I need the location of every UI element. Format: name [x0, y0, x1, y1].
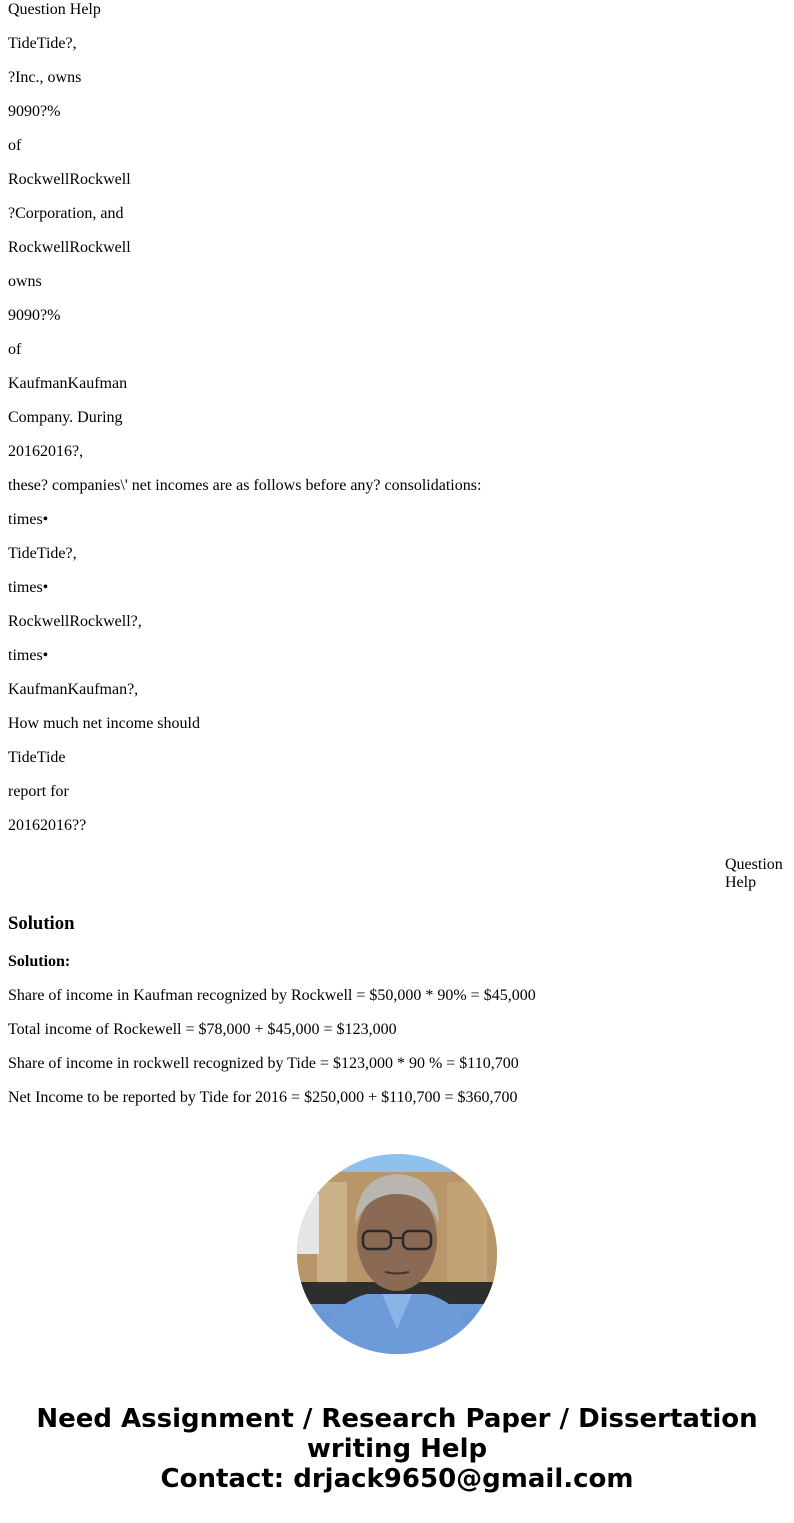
question-line: 9090?% — [8, 307, 786, 325]
question-line: RockwellRockwell — [8, 171, 786, 189]
question-line: 20162016?, — [8, 443, 786, 461]
promo-line-2: writing Help — [0, 1434, 794, 1464]
solution-label: Solution: — [8, 953, 788, 971]
question-bullet: times• — [8, 579, 786, 597]
question-line: KaufmanKaufman — [8, 375, 786, 393]
solution-step: Net Income to be reported by Tide for 20… — [8, 1089, 788, 1107]
promo-banner: Need Assignment / Research Paper / Disse… — [0, 1404, 794, 1494]
question-line: KaufmanKaufman?, — [8, 681, 786, 699]
question-line: TideTide?, — [8, 35, 786, 53]
question-text-block: Question Help TideTide?, ?Inc., owns 909… — [0, 1, 794, 835]
question-line: of — [8, 137, 786, 155]
question-line: Company. During — [8, 409, 786, 427]
question-line: How much net income should — [8, 715, 786, 733]
question-line: 20162016?? — [8, 817, 786, 835]
solution-heading: Solution — [8, 913, 74, 935]
promo-contact[interactable]: Contact: drjack9650@gmail.com — [0, 1464, 794, 1494]
solution-step: Share of income in rockwell recognized b… — [8, 1055, 788, 1073]
question-line: ?Corporation, and — [8, 205, 786, 223]
question-line: RockwellRockwell?, — [8, 613, 786, 631]
question-line: TideTide?, — [8, 545, 786, 563]
author-avatar — [297, 1154, 497, 1354]
question-help-label: Question Help — [8, 1, 786, 19]
question-line: RockwellRockwell — [8, 239, 786, 257]
question-line: TideTide — [8, 749, 786, 767]
question-line: owns — [8, 273, 786, 291]
question-bullet: times• — [8, 647, 786, 665]
solution-body: Solution: Share of income in Kaufman rec… — [8, 953, 788, 1123]
question-line: of — [8, 341, 786, 359]
author-portrait-icon — [297, 1154, 497, 1354]
question-help-link[interactable]: Question Help — [725, 856, 790, 892]
question-line: ?Inc., owns — [8, 69, 786, 87]
question-line: these? companies\' net incomes are as fo… — [8, 477, 786, 495]
solution-step: Share of income in Kaufman recognized by… — [8, 987, 788, 1005]
solution-step: Total income of Rockewell = $78,000 + $4… — [8, 1021, 788, 1039]
question-line: 9090?% — [8, 103, 786, 121]
promo-line-1: Need Assignment / Research Paper / Disse… — [0, 1404, 794, 1434]
question-line: report for — [8, 783, 786, 801]
question-bullet: times• — [8, 511, 786, 529]
